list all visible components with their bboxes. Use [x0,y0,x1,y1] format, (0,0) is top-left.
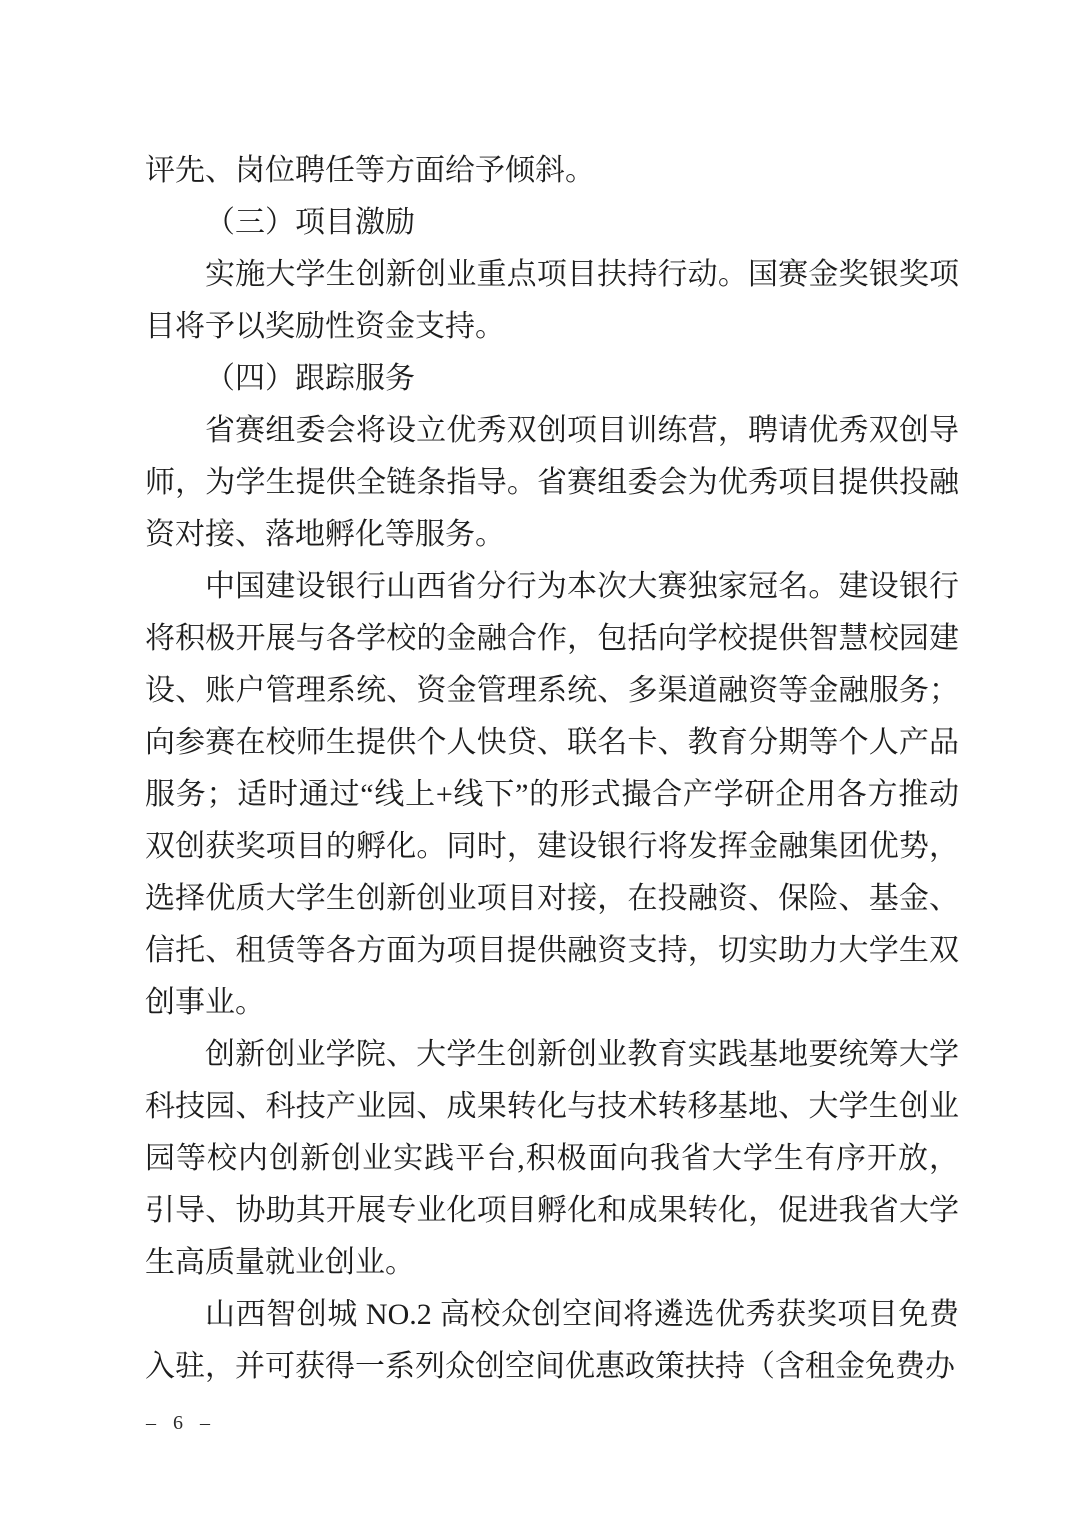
paragraph-ccb-sponsor: 中国建设银行山西省分行为本次大赛独家冠名。建设银行将积极开展与各学校的金融合作，… [145,561,959,1029]
section-heading-4: （四）跟踪服务 [145,353,959,405]
paragraph-tracking-service: 省赛组委会将设立优秀双创项目训练营，聘请优秀双创导师，为学生提供全链条指导。省赛… [145,405,959,561]
paragraph-innovation-college: 创新创业学院、大学生创新创业教育实践基地要统筹大学科技园、科技产业园、成果转化与… [145,1029,959,1289]
document-body: 评先、岗位聘任等方面给予倾斜。 （三）项目激励 实施大学生创新创业重点项目扶持行… [145,145,959,1393]
page-number: – 6 – [146,1412,216,1435]
section-heading-3: （三）项目激励 [145,197,959,249]
continuation-line: 评先、岗位聘任等方面给予倾斜。 [145,145,959,197]
paragraph-project-incentive: 实施大学生创新创业重点项目扶持行动。国赛金奖银奖项目将予以奖励性资金支持。 [145,249,959,353]
paragraph-zhichuangcheng: 山西智创城 NO.2 高校众创空间将遴选优秀获奖项目免费入驻，并可获得一系列众创… [145,1289,959,1393]
document-page: 评先、岗位聘任等方面给予倾斜。 （三）项目激励 实施大学生创新创业重点项目扶持行… [0,0,1080,1527]
